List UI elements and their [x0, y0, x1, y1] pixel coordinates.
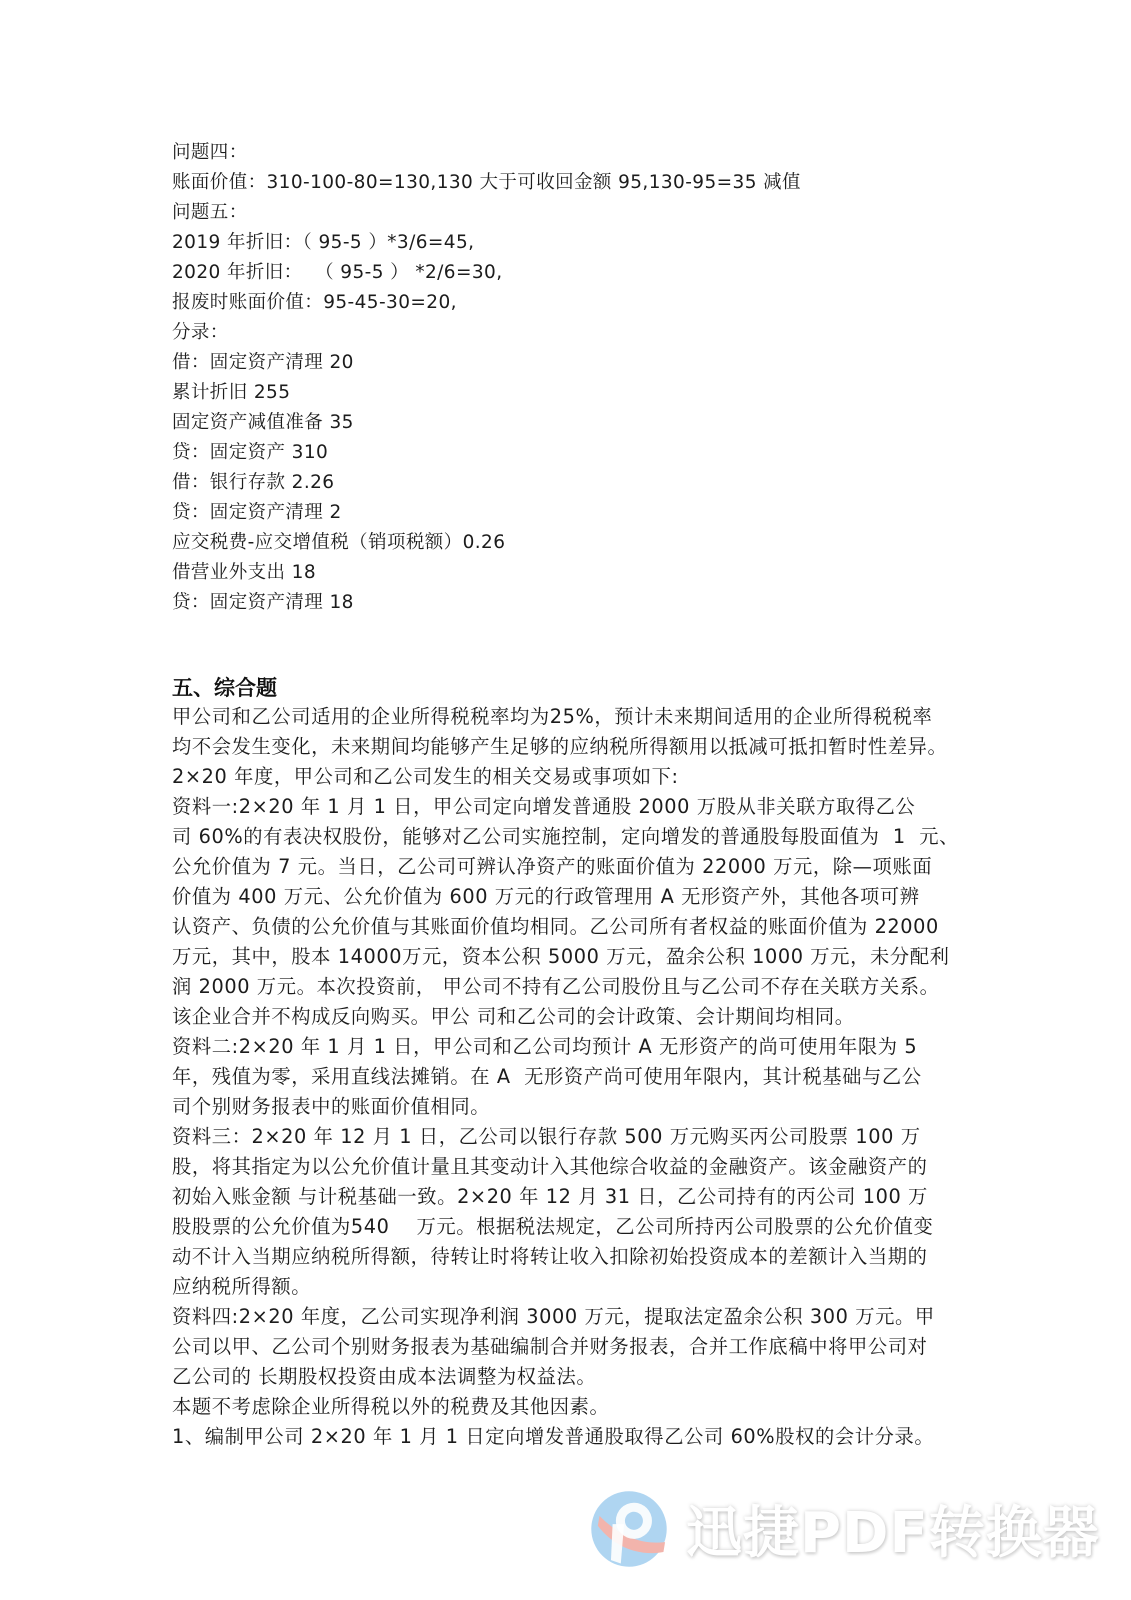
question-five-line: 2020 年折旧： （ 95-5 ） *2/6=30,: [172, 261, 503, 285]
body-line: 本题不考虑除企业所得税以外的税费及其他因素。: [172, 1395, 609, 1419]
journal-entry-line: 借：银行存款 2.26: [172, 471, 334, 495]
watermark-text: 迅捷PDF转换器: [686, 1489, 1100, 1569]
body-line: 润 2000 万元。本次投资前， 甲公司不持有乙公司股份且与乙公司不存在关联方关…: [172, 975, 940, 999]
journal-entry-line: 贷：固定资产清理 18: [172, 591, 354, 615]
journal-entry-line: 贷：固定资产清理 2: [172, 501, 342, 525]
journal-entry-line: 应交税费-应交增值税（销项税额）0.26: [172, 531, 505, 555]
body-line: 司个别财务报表中的账面价值相同。: [172, 1095, 490, 1119]
body-line: 资料四:2×20 年度，乙公司实现净利润 3000 万元，提取法定盈余公积 30…: [172, 1305, 935, 1329]
watermark: 迅捷PDF转换器: [588, 1484, 1108, 1574]
body-line: 公允价值为 7 元。当日，乙公司可辨认净资产的账面价值为 22000 万元，除—…: [172, 855, 932, 879]
journal-entry-line: 固定资产减值准备 35: [172, 411, 354, 435]
question-four-title: 问题四：: [172, 141, 248, 165]
journal-entry-line: 累计折旧 255: [172, 381, 290, 405]
body-line: 资料一:2×20 年 1 月 1 日，甲公司定向增发普通股 2000 万股从非关…: [172, 795, 915, 819]
body-line: 乙公司的 长期股权投资由成本法调整为权益法。: [172, 1365, 596, 1389]
body-line: 价值为 400 万元、公允价值为 600 万元的行政管理用 A 无形资产外，其他…: [172, 885, 920, 909]
body-line: 2×20 年度，甲公司和乙公司发生的相关交易或事项如下:: [172, 765, 679, 789]
question-five-line: 2019 年折旧：（ 95-5 ）*3/6=45,: [172, 231, 474, 255]
question-five-title: 问题五：: [172, 201, 248, 225]
question-prompt: 1、编制甲公司 2×20 年 1 月 1 日定向增发普通股取得乙公司 60%股权…: [172, 1425, 934, 1449]
xunjie-pdf-logo-icon: [588, 1488, 670, 1570]
body-line: 司 60%的有表决权股份，能够对乙公司实施控制，定向增发的普通股每股面值为 1 …: [172, 825, 959, 849]
body-line: 资料三：2×20 年 12 月 1 日，乙公司以银行存款 500 万元购买丙公司…: [172, 1125, 921, 1149]
body-line: 应纳税所得额。: [172, 1275, 311, 1299]
body-line: 股，将其指定为以公允价值计量且其变动计入其他综合收益的金融资产。该金融资产的: [172, 1155, 927, 1179]
body-line: 万元，其中，股本 14000万元，资本公积 5000 万元，盈余公积 1000 …: [172, 945, 949, 969]
question-five-line: 报废时账面价值：95-45-30=20,: [172, 291, 457, 315]
journal-entry-line: 贷：固定资产 310: [172, 441, 328, 465]
question-five-line: 分录：: [172, 321, 229, 345]
section-heading: 五、综合题: [172, 674, 277, 702]
body-line: 公司以甲、乙公司个别财务报表为基础编制合并财务报表，合并工作底稿中将甲公司对: [172, 1335, 927, 1359]
body-line: 该企业合并不构成反向购买。甲公 司和乙公司的会计政策、会计期间均相同。: [172, 1005, 855, 1029]
body-line: 认资产、负债的公允价值与其账面价值均相同。乙公司所有者权益的账面价值为 2200…: [172, 915, 939, 939]
body-line: 动不计入当期应纳税所得额，待转让时将转让收入扣除初始投资成本的差额计入当期的: [172, 1245, 927, 1269]
body-line: 初始入账金额 与计税基础一致。2×20 年 12 月 31 日，乙公司持有的丙公…: [172, 1185, 928, 1209]
body-line: 年，残值为零，采用直线法摊销。在 A 无形资产尚可使用年限内，其计税基础与乙公: [172, 1065, 922, 1089]
body-line: 资料二:2×20 年 1 月 1 日，甲公司和乙公司均预计 A 无形资产的尚可使…: [172, 1035, 917, 1059]
body-line: 甲公司和乙公司适用的企业所得税税率均为25%，预计未来期间适用的企业所得税税率: [172, 705, 932, 729]
body-line: 股股票的公允价值为540 万元。根据税法规定，乙公司所持丙公司股票的公允价值变: [172, 1215, 933, 1239]
document-page: 问题四： 账面价值：310-100-80=130,130 大于可收回金额 95,…: [0, 0, 1131, 1600]
body-line: 均不会发生变化，未来期间均能够产生足够的应纳税所得额用以抵减可抵扣暂时性差异。: [172, 735, 947, 759]
question-four-line: 账面价值：310-100-80=130,130 大于可收回金额 95,130-9…: [172, 171, 801, 195]
journal-entry-line: 借营业外支出 18: [172, 561, 316, 585]
journal-entry-line: 借：固定资产清理 20: [172, 351, 354, 375]
